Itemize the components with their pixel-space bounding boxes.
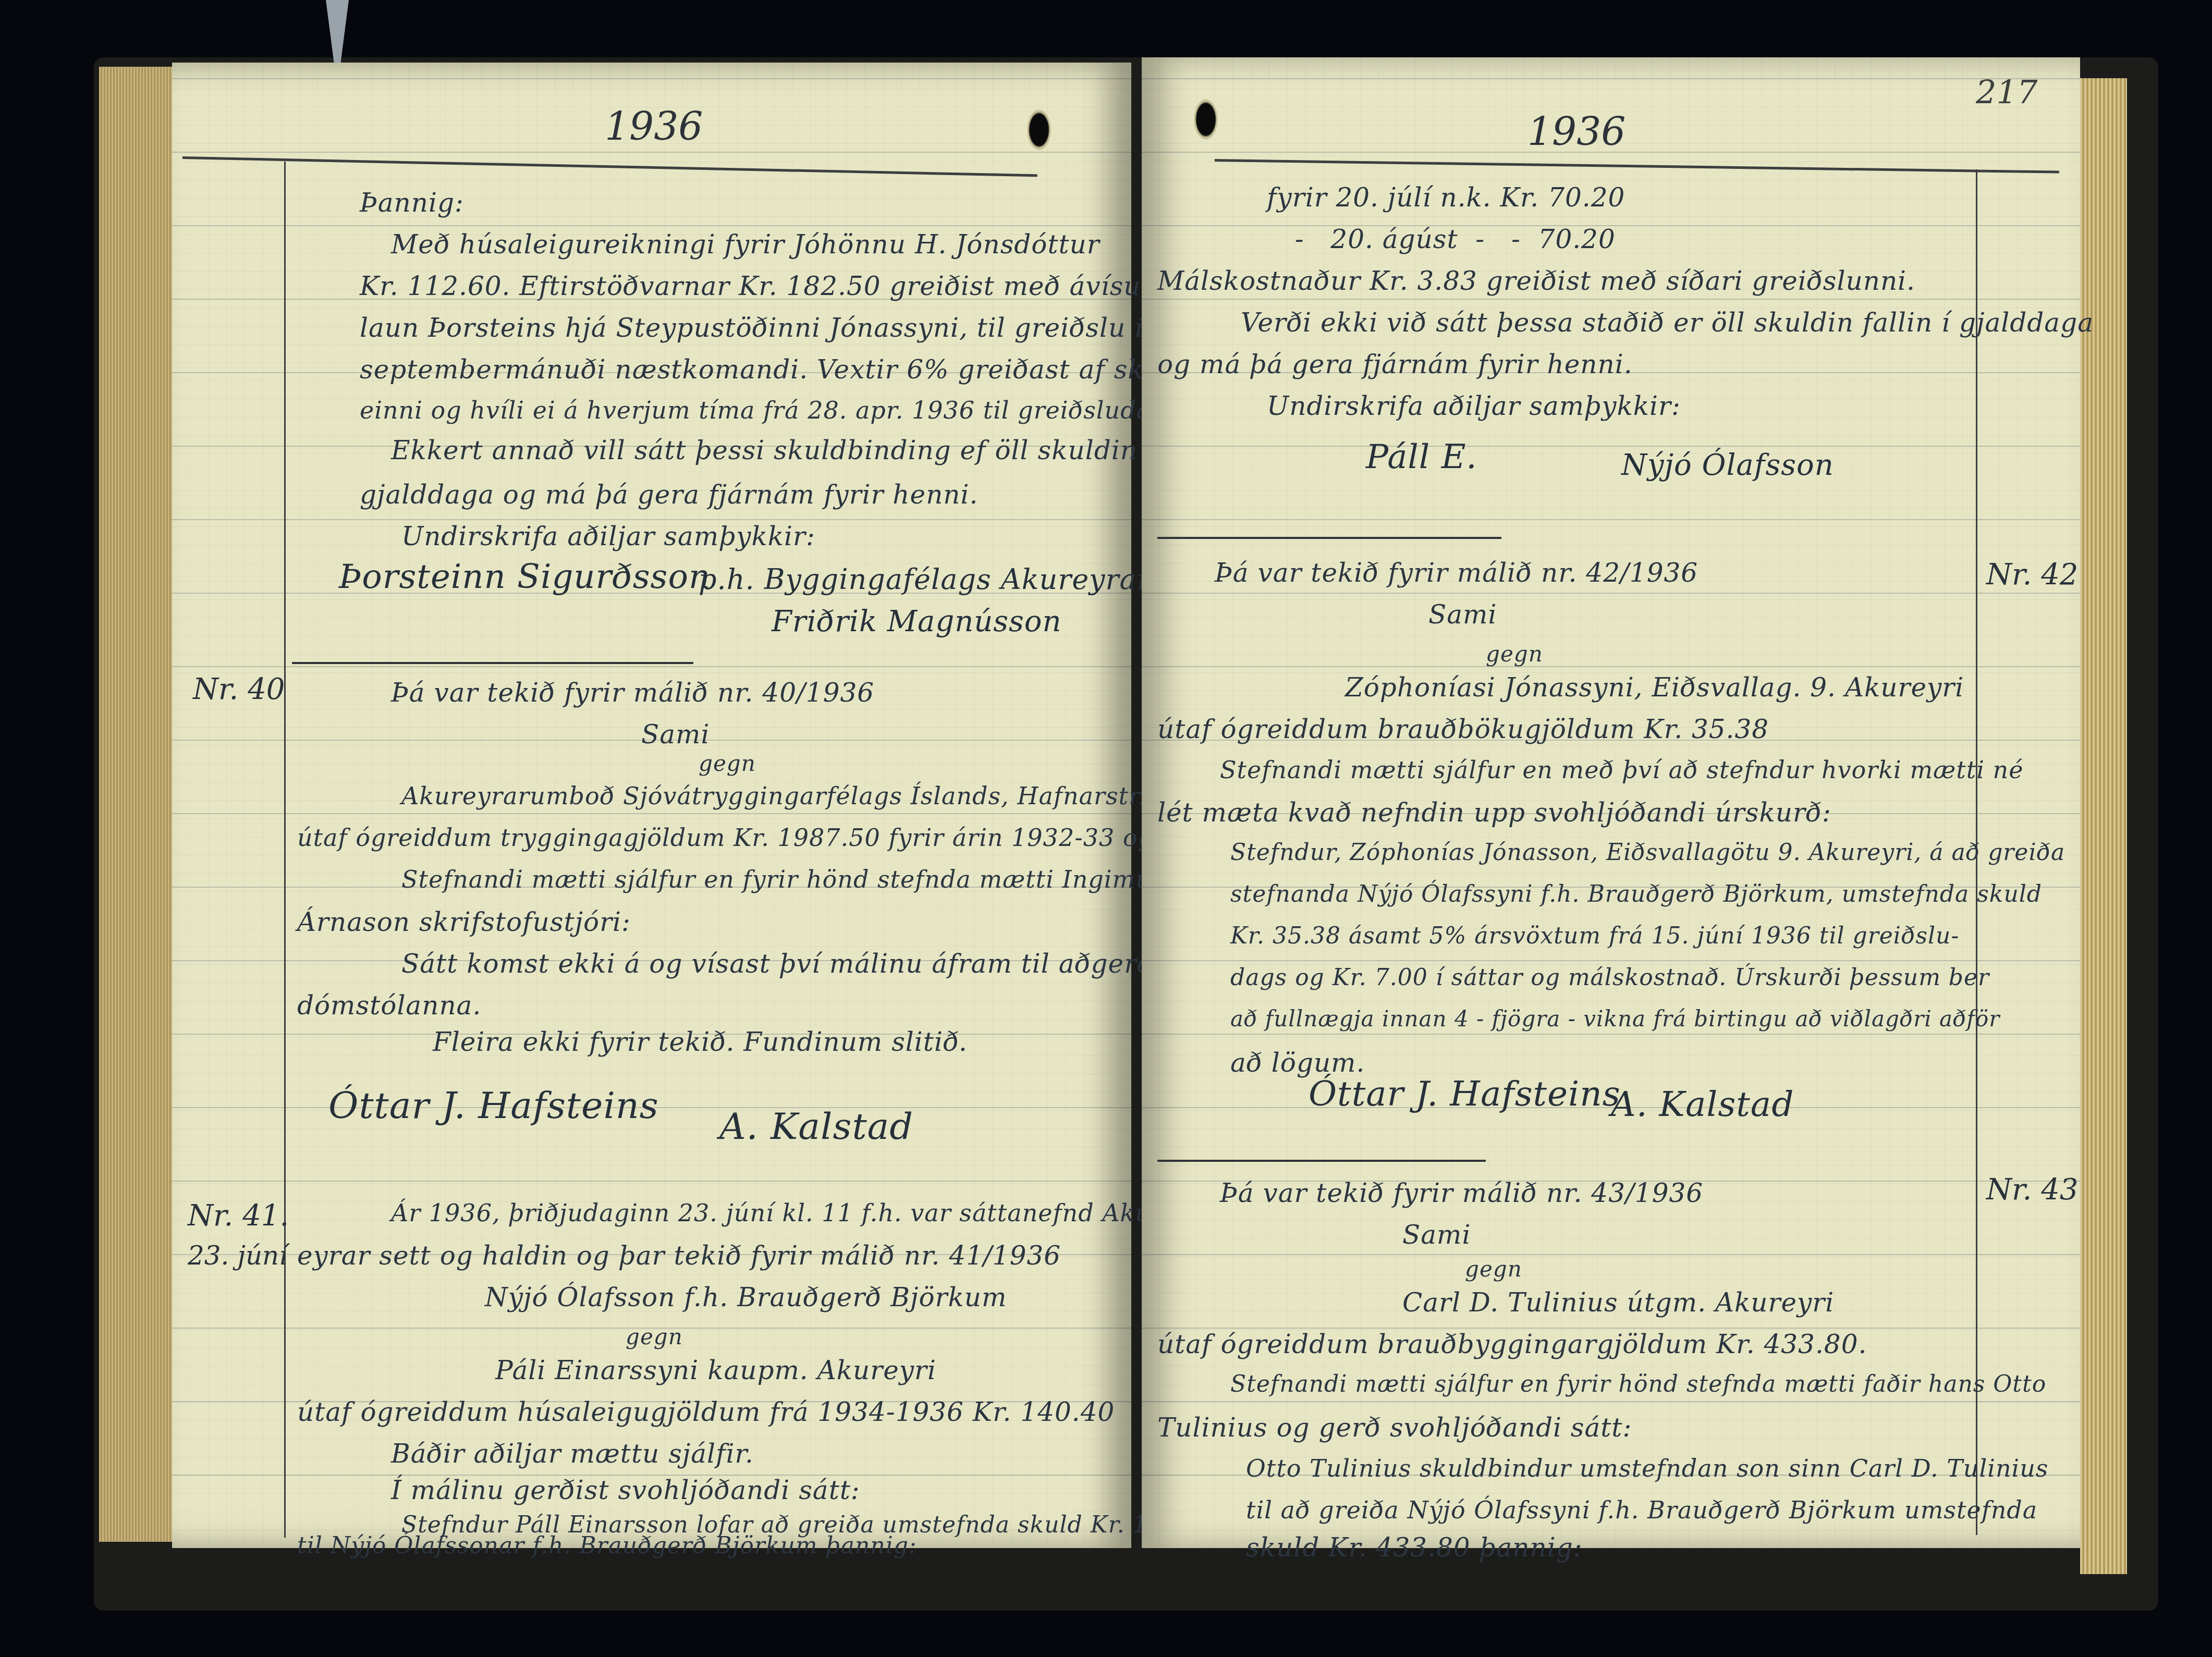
text-line: Verði ekki við sátt þessa staðið er öll … [1241,308,2094,338]
text-line: einni og hvíli ei á hverjum tíma frá 28.… [360,396,1188,424]
page-number: 217 [1976,73,2037,111]
right-page: 217 1936 fyrir 20. júlí n.k. Kr. 70.20 -… [1142,57,2080,1548]
text-line: skuld Kr. 433.80 þannig: [1246,1532,1583,1563]
text-line: útaf ógreiddum brauðbyggingargjöldum Kr.… [1157,1329,1867,1359]
text-line: Undirskrifa aðiljar samþykkir: [1267,391,1681,421]
case-number: Nr. 40 [193,672,285,706]
text-line: dags og Kr. 7.00 í sáttar og málskostnað… [1230,964,1989,991]
right-page-edges [2080,78,2127,1574]
text-line: Fleira ekki fyrir tekið. Fundinum slitið… [433,1027,968,1057]
text-line: Stefnandi mætti sjálfur en fyrir hönd st… [401,865,1211,893]
text-line: til Nýjó Ólafssonar f.h. Brauðgerð Björk… [297,1532,917,1559]
punch-hole [1194,99,1218,140]
signature: Óttar J. Hafsteins [1309,1074,1621,1114]
case-party: Páli Einarssyni kaupm. Akureyri [495,1355,936,1385]
signature: A. Kalstad [719,1105,913,1148]
text-line: Þannig: [360,188,464,218]
text-line: Nýjó Ólafsson f.h. Brauðgerð Björkum [485,1282,1007,1312]
left-page: 1936 Þannig: Með húsaleigureikningi fyri… [172,63,1131,1548]
case-party: Akureyrarumboð Sjóvátryggingarfélags Ísl… [401,782,1194,810]
case-party: Zóphoníasi Jónassyni, Eiðsvallag. 9. Aku… [1345,672,1964,703]
punch-hole [1027,109,1051,150]
text-line: Stefndur, Zóphonías Jónasson, Eiðsvallag… [1230,839,2065,866]
left-page-edges [99,67,177,1542]
text-line: Sátt komst ekki á og vísast því málinu á… [401,949,1169,979]
versus-label: gegn [1465,1256,1522,1282]
text-line: eyrar sett og haldin og þar tekið fyrir … [297,1241,1061,1271]
text-line: Árnason skrifstofustjóri: [297,907,631,937]
header-rule [182,156,1037,177]
case-subheading: Sami [1428,599,1497,630]
text-line: fyrir 20. júlí n.k. Kr. 70.20 [1267,182,1625,213]
text-line: Málskostnaður Kr. 3.83 greiðist með síða… [1157,266,1915,296]
text-line: Stefnandi mætti sjálfur en fyrir hönd st… [1230,1371,2046,1397]
signature: Nýjó Ólafsson [1621,448,1834,482]
entry-separator [292,662,693,664]
signature: Óttar J. Hafsteins [328,1084,659,1127]
text-line: að fullnægja innan 4 - fjögra - vikna fr… [1230,1006,2000,1032]
signature: Þorsteinn Sigurðsson [339,558,711,596]
text-line: Stefnandi mætti sjálfur en með því að st… [1220,756,2023,784]
page-year: 1936 [1527,109,1626,154]
text-line: útaf ógreiddum brauðbökugjöldum Kr. 35.3… [1157,714,1769,744]
case-heading: Þá var tekið fyrir málið nr. 42/1936 [1215,558,1698,588]
text-line: Báðir aðiljar mættu sjálfir. [391,1439,754,1469]
case-number: Nr. 42 [1986,558,2078,592]
text-line: gjalddaga og má þá gera fjárnám fyrir he… [360,480,978,510]
case-heading: Þá var tekið fyrir málið nr. 40/1936 [391,678,874,708]
margin-column-rule [284,162,286,1538]
text-line: lét mæta kvað nefndin upp svohljóðandi ú… [1157,797,1831,828]
versus-label: gegn [626,1324,683,1349]
case-number: Nr. 41. [188,1199,289,1233]
case-party: Carl D. Tulinius útgm. Akureyri [1402,1287,1834,1318]
entry-separator [1157,1160,1486,1162]
text-line: Með húsaleigureikningi fyrir Jóhönnu H. … [391,229,1100,260]
case-heading: Þá var tekið fyrir málið nr. 43/1936 [1220,1178,1703,1208]
page-year: 1936 [605,104,703,149]
signature: Friðrik Magnússon [772,605,1062,639]
text-line: Undirskrifa aðiljar samþykkir: [401,521,815,551]
text-line: Kr. 112.60. Eftirstöðvarnar Kr. 182.50 g… [360,271,1183,301]
header-rule [1215,159,2059,174]
text-line: Tulinius og gerð svohljóðandi sátt: [1157,1413,1632,1443]
text-line: Ekkert annað vill sátt þessi skuldbindin… [391,435,1234,465]
versus-label: gegn [699,751,756,776]
entry-separator [1157,537,1501,539]
text-line: stefnanda Nýjó Ólafssyni f.h. Brauðgerð … [1230,881,2042,907]
text-line: - 20. ágúst - - 70.20 [1277,224,1616,254]
text-line: dómstólanna. [297,990,481,1021]
text-line: útaf ógreiddum húsaleigugjöldum frá 1934… [297,1397,1115,1427]
versus-label: gegn [1486,641,1543,667]
text-line: septembermánuði næstkomandi. Vextir 6% g… [360,354,1240,385]
case-subheading: Sami [641,719,710,750]
case-subheading: Sami [1402,1220,1471,1250]
case-date: 23. júní [188,1241,287,1271]
text-line: útaf ógreiddum tryggingagjöldum Kr. 1987… [297,824,1233,852]
text-line: Ár 1936, þriðjudaginn 23. júní kl. 11 f.… [391,1199,1172,1227]
text-line: til að greiða Nýjó Ólafssyni f.h. Brauðg… [1246,1496,2037,1524]
text-line: og má þá gera fjárnám fyrir henni. [1157,349,1633,379]
text-line: laun Þorsteins hjá Steypustöðinni Jónass… [360,313,1143,343]
signature: Páll E. [1366,438,1477,476]
text-line: Kr. 35.38 ásamt 5% ársvöxtum frá 15. jún… [1230,923,1959,949]
case-number: Nr. 43 [1986,1173,2078,1207]
signature: p.h. Byggingafélags Akureyrar [699,563,1151,596]
text-line: Otto Tulinius skuldbindur umstefndan son… [1246,1454,2048,1482]
signature: A. Kalstad [1611,1084,1794,1124]
text-line: Í málinu gerðist svohljóðandi sátt: [391,1475,860,1505]
